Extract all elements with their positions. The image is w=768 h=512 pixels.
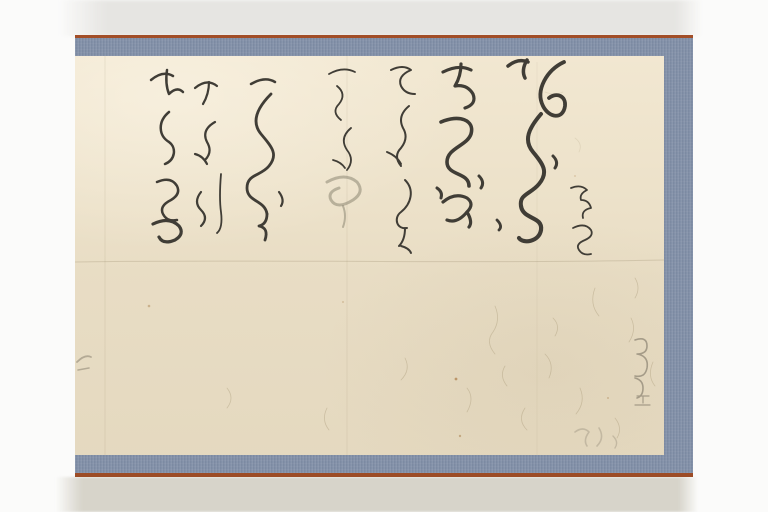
paper-crackle [227,92,655,438]
faint-marks-bottom [575,428,617,448]
photo-stage [0,0,768,512]
paper-seams [105,56,537,455]
backdrop-shade-bottom [56,477,698,512]
handscroll [75,35,693,477]
fox-spots [148,175,609,437]
faint-inscription-right [635,339,650,405]
calligraphy-column-7 [151,70,183,242]
backdrop-shade-top [60,0,702,36]
faint-trace-bottom-left [77,356,91,370]
calligraphy-side-note [571,186,592,254]
calligraphy-column-2 [437,64,483,227]
calligraphy-column-4 [327,69,360,227]
calligraphy-layer [75,56,664,455]
calligraphy-column-3 [387,67,415,253]
calligraphy-column-5 [247,79,283,240]
paper-crease [75,260,664,262]
calligraphy-column-1 [497,60,565,241]
scroll-paper [75,56,664,455]
calligraphy-column-6 [195,82,222,233]
